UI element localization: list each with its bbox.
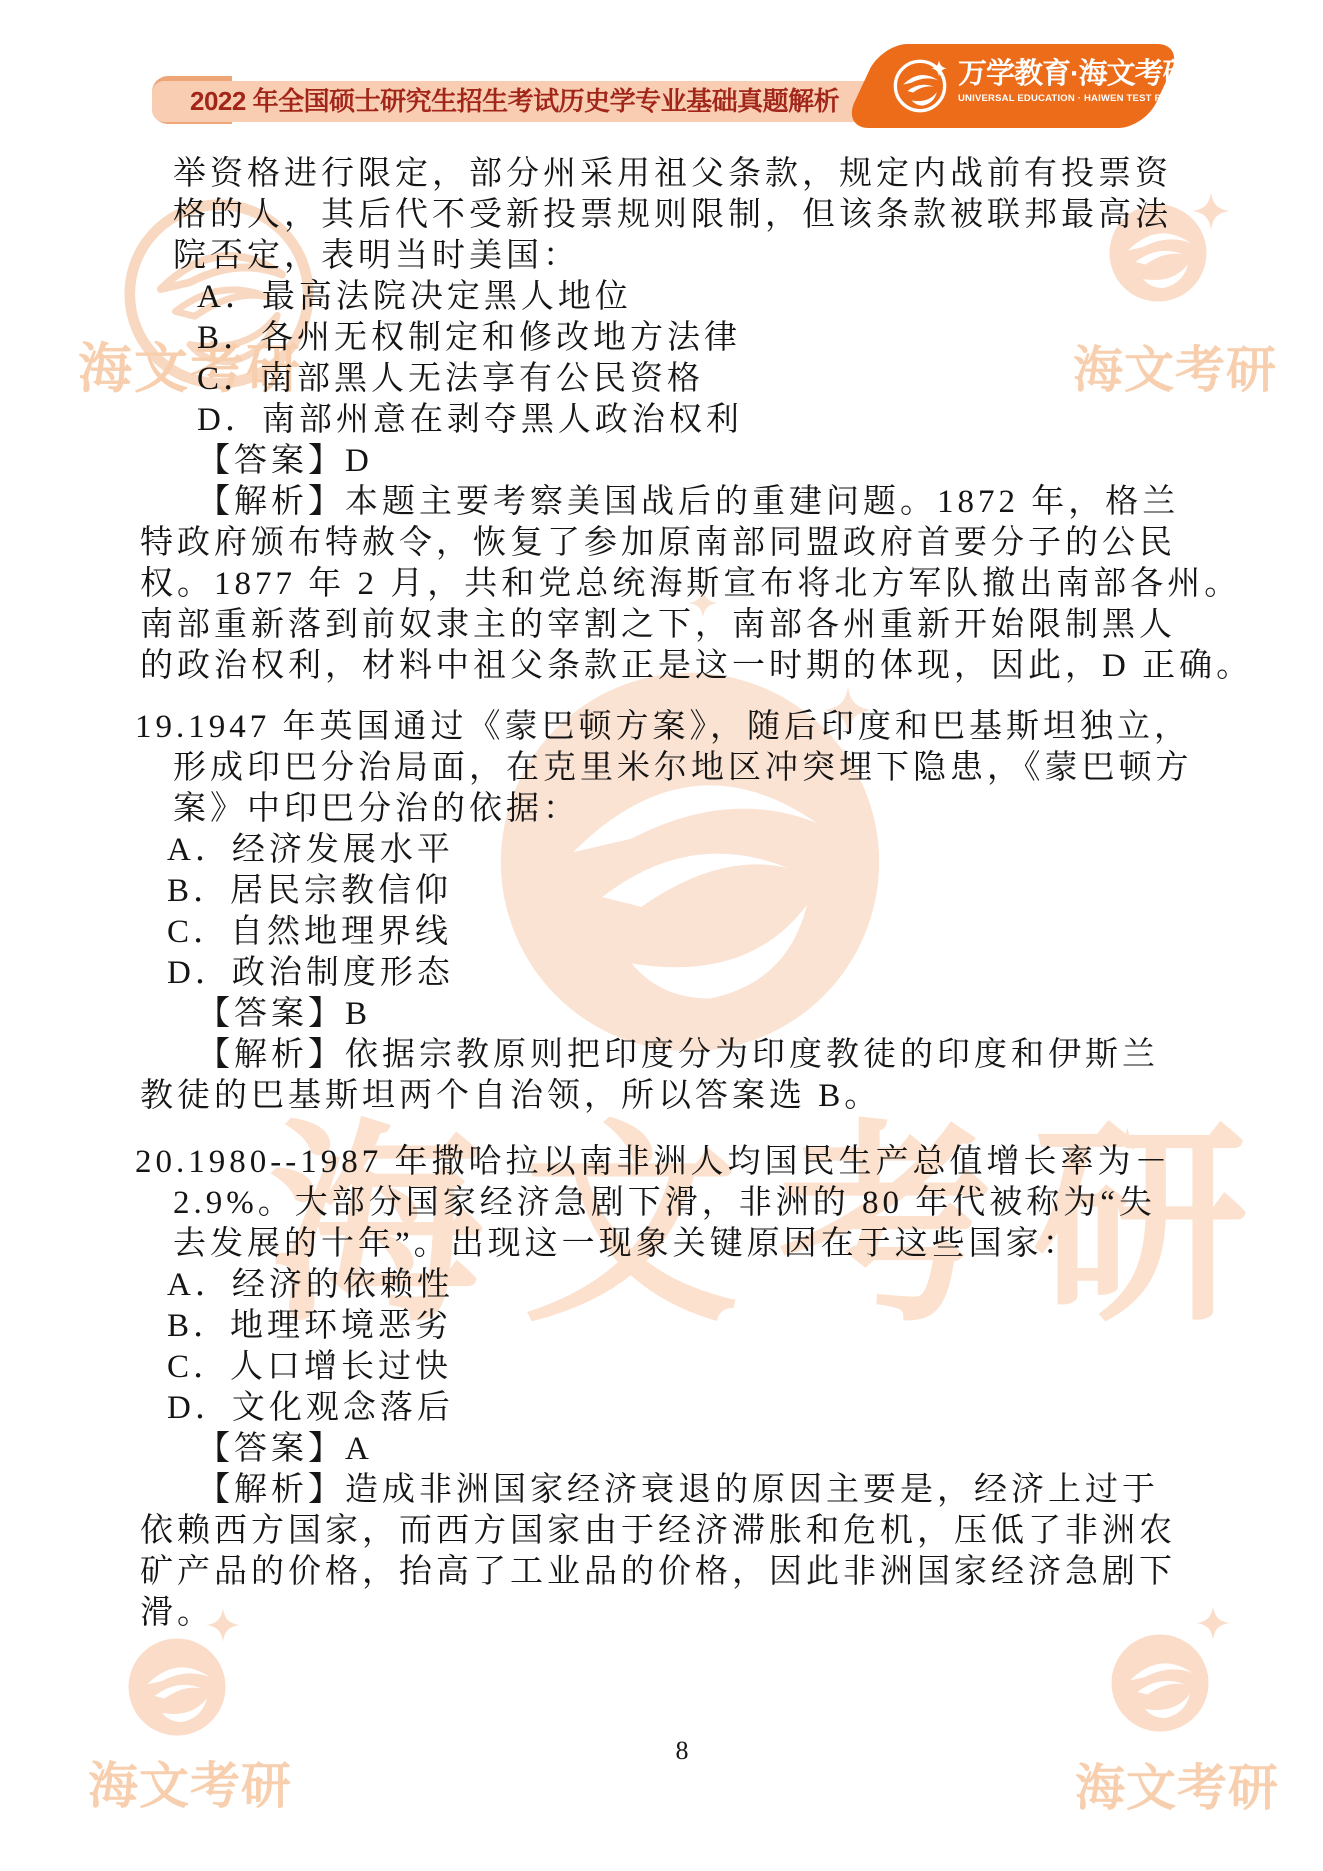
stem-line: 格的人，其后代不受新投票规则限制，但该条款被联邦最高法 — [135, 195, 1200, 236]
analysis-line: 特政府颁布特赦令，恢复了参加原南部同盟政府首要分子的公民 — [135, 523, 1200, 564]
analysis-line: 【解析】本题主要考察美国战后的重建问题。1872 年，格兰 — [135, 482, 1200, 523]
analysis-line: 的政治权利，材料中祖父条款正是这一时期的体现，因此，D 正确。 — [135, 646, 1200, 687]
analysis-line: 滑。 — [135, 1593, 1200, 1634]
option-c: C．人口增长过快 — [135, 1347, 1200, 1388]
option-c: C．南部黑人无法享有公民资格 — [135, 359, 1200, 400]
stem-line: 案》中印巴分治的依据： — [135, 789, 1200, 830]
haiwen-logo-watermark-icon — [127, 1637, 227, 1737]
analysis-line: 南部重新落到前奴隶主的宰割之下，南部各州重新开始限制黑人 — [135, 605, 1200, 646]
stem-line: 2.9%。大部分国家经济急剧下滑，非洲的 80 年代被称为“失 — [135, 1183, 1200, 1224]
analysis-line: 依赖西方国家，而西方国家由于经济滞胀和危机，压低了非洲农 — [135, 1511, 1200, 1552]
answer-line: 【答案】B — [135, 994, 1200, 1035]
exam-content: 举资格进行限定，部分州采用祖父条款，规定内战前有投票资 格的人，其后代不受新投票… — [135, 154, 1200, 1634]
stem-line: 20.1980--1987 年撒哈拉以南非洲人均国民生产总值增长率为－ — [135, 1142, 1200, 1183]
stem-line: 去发展的十年”。出现这一现象关键原因在于这些国家： — [135, 1224, 1200, 1265]
brand-name-en: UNIVERSAL EDUCATION · HAIWEN TEST PREP — [958, 92, 1158, 106]
stem-line: 举资格进行限定，部分州采用祖父条款，规定内战前有投票资 — [135, 154, 1200, 195]
analysis-line: 【解析】造成非洲国家经济衰退的原因主要是，经济上过于 — [135, 1470, 1200, 1511]
option-d: D．文化观念落后 — [135, 1388, 1200, 1429]
stem-line: 19.1947 年英国通过《蒙巴顿方案》，随后印度和巴基斯坦独立， — [135, 707, 1200, 748]
stem-line: 院否定，表明当时美国： — [135, 236, 1200, 277]
analysis-line: 权。1877 年 2 月，共和党总统海斯宣布将北方军队撤出南部各州。 — [135, 564, 1200, 605]
analysis-line: 【解析】依据宗教原则把印度分为印度教徒的印度和伊斯兰 — [135, 1035, 1200, 1076]
haiwen-watermark-text: 海文考研 — [88, 1746, 292, 1818]
option-a: A．经济发展水平 — [135, 830, 1200, 871]
option-b: B．居民宗教信仰 — [135, 871, 1200, 912]
answer-line: 【答案】D — [135, 441, 1200, 482]
question-19: 19.1947 年英国通过《蒙巴顿方案》，随后印度和巴基斯坦独立， 形成印巴分治… — [135, 707, 1200, 1117]
haiwen-watermark-text: 海文考研 — [1075, 1748, 1279, 1820]
analysis-line: 矿产品的价格，抬高了工业品的价格，因此非洲国家经济急剧下 — [135, 1552, 1200, 1593]
haiwen-logo-watermark-icon — [1110, 1633, 1210, 1733]
option-a: A．经济的依赖性 — [135, 1265, 1200, 1306]
page-number: 8 — [652, 1736, 712, 1766]
sparkle-icon — [1196, 1606, 1230, 1640]
option-b: B．各州无权制定和修改地方法律 — [135, 318, 1200, 359]
page-title: 2022 年全国硕士研究生招生考试历史学专业基础真题解析 — [190, 81, 839, 122]
option-d: D．政治制度形态 — [135, 953, 1200, 994]
stem-line: 形成印巴分治局面，在克里米尔地区冲突埋下隐患，《蒙巴顿方 — [135, 748, 1200, 789]
analysis-line: 教徒的巴基斯坦两个自治领，所以答案选 B。 — [135, 1076, 1200, 1117]
brand-logo-icon — [892, 58, 948, 114]
option-a: A．最高法院决定黑人地位 — [135, 277, 1200, 318]
title-banner: 2022 年全国硕士研究生招生考试历史学专业基础真题解析 — [152, 81, 890, 122]
option-b: B．地理环境恶劣 — [135, 1306, 1200, 1347]
document-page: 海文考研 海文考研 海文考研 — [0, 0, 1323, 1871]
question-20: 20.1980--1987 年撒哈拉以南非洲人均国民生产总值增长率为－ 2.9%… — [135, 1142, 1200, 1634]
brand-logo-block: 万学教育·海文考研 UNIVERSAL EDUCATION · HAIWEN T… — [842, 44, 1183, 128]
question-18-tail: 举资格进行限定，部分州采用祖父条款，规定内战前有投票资 格的人，其后代不受新投票… — [135, 154, 1200, 687]
answer-line: 【答案】A — [135, 1429, 1200, 1470]
option-d: D．南部州意在剥夺黑人政治权利 — [135, 400, 1200, 441]
brand-name-cn: 万学教育·海文考研 — [958, 56, 1158, 92]
option-c: C．自然地理界线 — [135, 912, 1200, 953]
